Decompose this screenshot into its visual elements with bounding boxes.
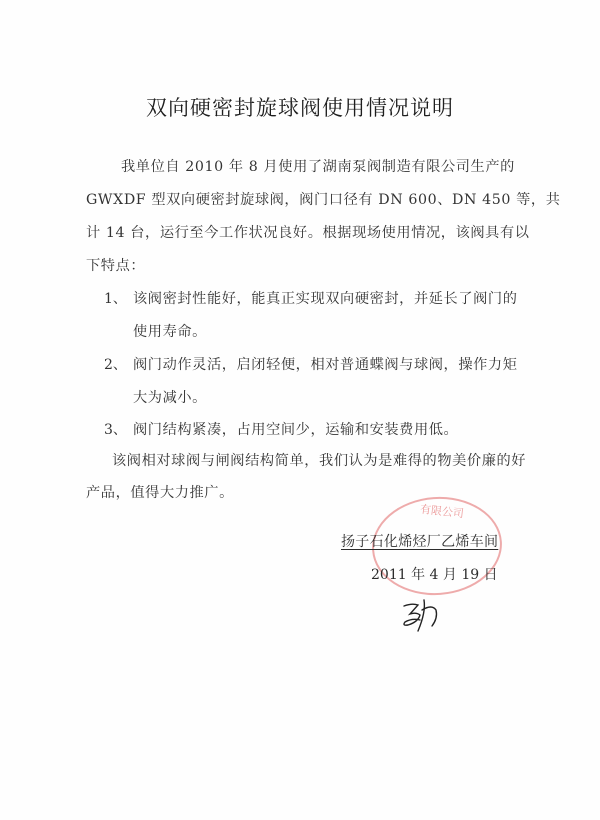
feature-1-line-1: 该阀密封性能好，能真正实现双向硬密封，并延长了阀门的	[133, 288, 517, 308]
feature-3-line-1: 阀门结构紧凑，占用空间少，运输和安装费用低。	[133, 419, 458, 439]
feature-number-1: 1、	[104, 288, 127, 308]
feature-1-line-2: 使用寿命。	[133, 321, 207, 341]
intro-line-1: 我单位自 2010 年 8 月使用了湖南泵阀制造有限公司生产的	[121, 156, 515, 176]
conclusion-line-1: 该阀相对球阀与闸阀结构简单，我们认为是难得的物美价廉的好	[112, 450, 526, 470]
signing-organization: 扬子石化烯烃厂乙烯车间	[341, 531, 498, 551]
feature-2-line-1: 阀门动作灵活，启闭轻便，相对普通蝶阀与球阀，操作力矩	[133, 354, 517, 374]
intro-line-3: 计 14 台，运行至今工作状况良好。根据现场使用情况，该阀具有以	[86, 222, 530, 242]
feature-number-3: 3、	[104, 419, 127, 439]
signing-date: 2011 年 4 月 19 日	[371, 564, 498, 584]
conclusion-line-2: 产品，值得大力推广。	[86, 482, 234, 502]
document-title: 双向硬密封旋球阀使用情况说明	[0, 92, 600, 122]
feature-2-line-2: 大为减小。	[133, 387, 207, 407]
signature-icon	[398, 598, 448, 634]
intro-line-4: 下特点：	[86, 255, 145, 275]
document-page: 双向硬密封旋球阀使用情况说明 我单位自 2010 年 8 月使用了湖南泵阀制造有…	[0, 0, 600, 820]
feature-number-2: 2、	[104, 354, 127, 374]
intro-line-2: GWXDF 型双向硬密封旋球阀，阀门口径有 DN 600、DN 450 等，共	[86, 189, 561, 209]
